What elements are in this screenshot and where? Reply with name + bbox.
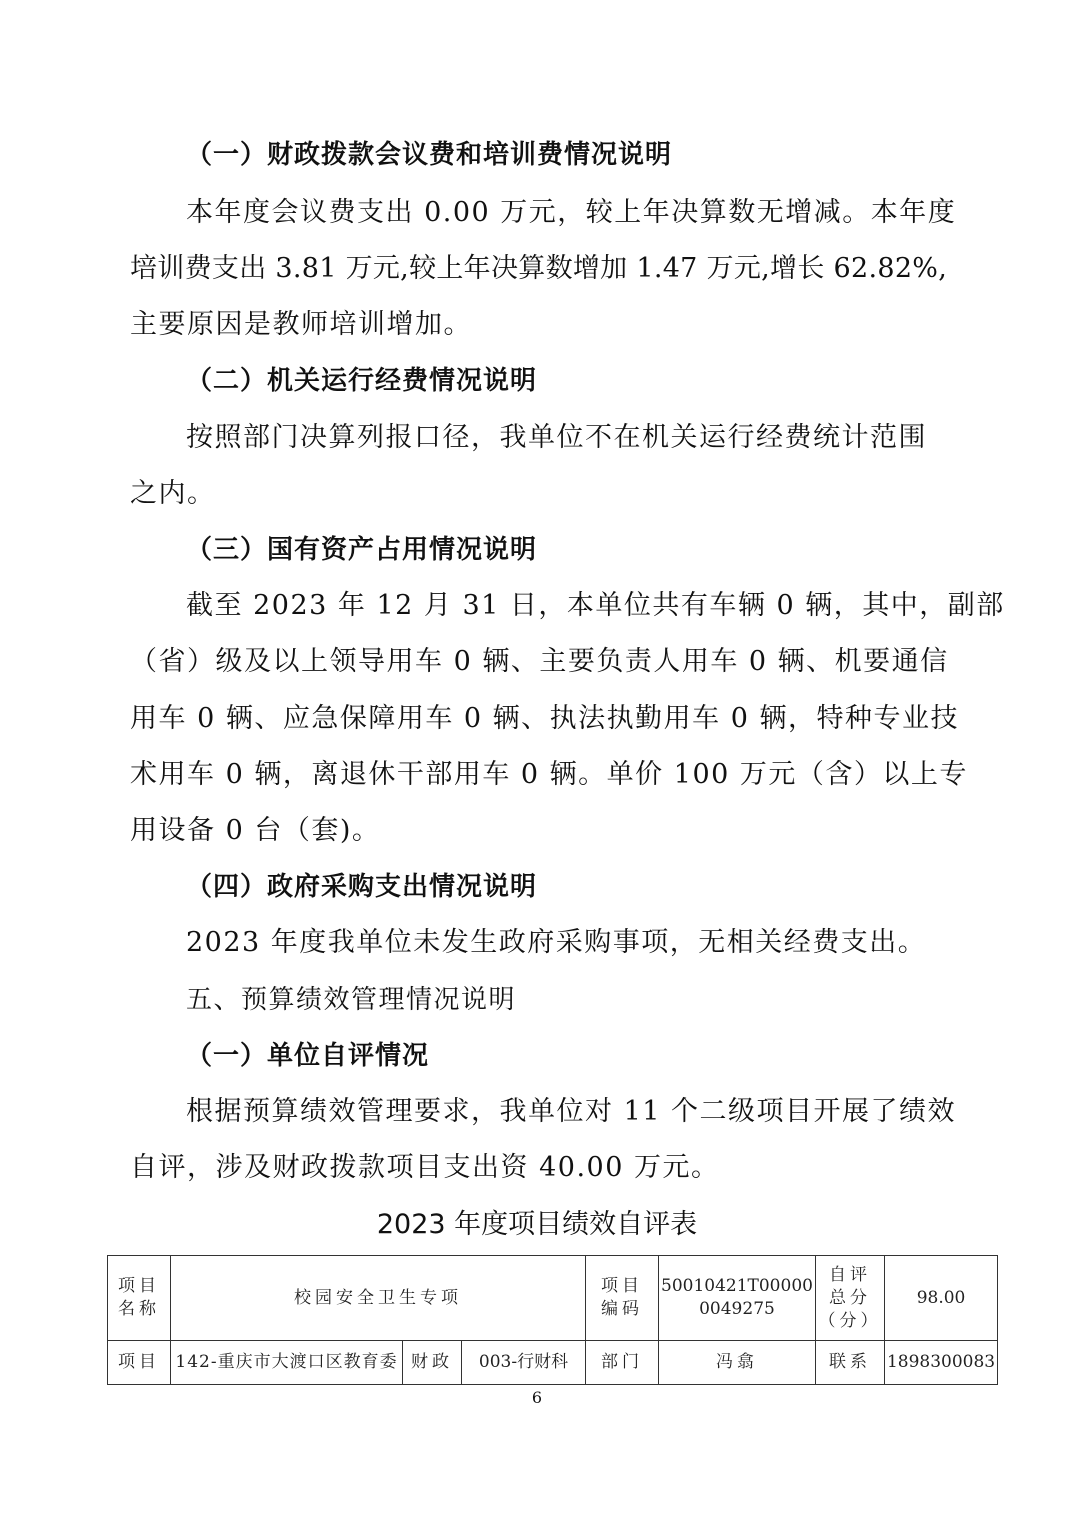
project-name-value: 校园安全卫生专项 bbox=[171, 1256, 586, 1341]
self-score-value: 98.00 bbox=[884, 1256, 997, 1341]
table-title: 2023 年度项目绩效自评表 bbox=[0, 1208, 1074, 1242]
heading-operating-expenses: （二）机关运行经费情况说明 bbox=[186, 366, 537, 396]
paragraph-line: 本年度会议费支出 0.00 万元，较上年决算数无增减。本年度 bbox=[186, 198, 956, 228]
table-row: 项目 名称 校园安全卫生专项 项目 编码 50010421T00000 0049… bbox=[108, 1256, 998, 1341]
heading-budget-performance: 五、预算绩效管理情况说明 bbox=[186, 985, 516, 1015]
paragraph-line: 自评，涉及财政拨款项目支出资 40.00 万元。 bbox=[130, 1153, 719, 1183]
contact-label: 联系 bbox=[815, 1341, 884, 1385]
heading-self-evaluation: （一）单位自评情况 bbox=[186, 1041, 429, 1071]
paragraph-line: 根据预算绩效管理要求，我单位对 11 个二级项目开展了绩效 bbox=[186, 1097, 956, 1127]
paragraph-line: 之内。 bbox=[130, 479, 216, 509]
table-row: 项目 142-重庆市大渡口区教育委 财政 003-行财科 部门 冯翕 联系 18… bbox=[108, 1341, 998, 1385]
project-code-value: 50010421T00000 0049275 bbox=[659, 1256, 816, 1341]
project-label: 项目 bbox=[108, 1341, 171, 1385]
paragraph-line: 主要原因是教师培训增加。 bbox=[130, 310, 472, 340]
self-score-label: 自评 总分 （分） bbox=[815, 1256, 884, 1341]
paragraph-line: 术用车 0 辆，离退休干部用车 0 辆。单价 100 万元（含）以上专 bbox=[130, 760, 968, 790]
finance-section-value: 003-行财科 bbox=[462, 1341, 586, 1385]
paragraph-line: 2023 年度我单位未发生政府采购事项，无相关经费支出。 bbox=[186, 928, 926, 958]
heading-state-assets: （三）国有资产占用情况说明 bbox=[186, 535, 537, 565]
project-name-label: 项目 名称 bbox=[108, 1256, 171, 1341]
heading-government-procurement: （四）政府采购支出情况说明 bbox=[186, 872, 537, 902]
paragraph-line: （省）级及以上领导用车 0 辆、主要负责人用车 0 辆、机要通信 bbox=[130, 647, 949, 677]
contact-phone-value: 1898300083 bbox=[884, 1341, 997, 1385]
department-label: 部门 bbox=[586, 1341, 659, 1385]
finance-label: 财政 bbox=[403, 1341, 462, 1385]
paragraph-line: 培训费支出 3.81 万元,较上年决算数增加 1.47 万元,增长 62.82%… bbox=[130, 254, 947, 284]
paragraph-line: 用设备 0 台（套)。 bbox=[130, 816, 380, 846]
department-value: 142-重庆市大渡口区教育委 bbox=[171, 1341, 403, 1385]
paragraph-line: 截至 2023 年 12 月 31 日，本单位共有车辆 0 辆，其中，副部 bbox=[186, 591, 1005, 621]
performance-table: 项目 名称 校园安全卫生专项 项目 编码 50010421T00000 0049… bbox=[107, 1255, 998, 1385]
paragraph-line: 用车 0 辆、应急保障用车 0 辆、执法执勤用车 0 辆，特种专业技 bbox=[130, 704, 959, 734]
page-number: 6 bbox=[0, 1388, 1074, 1407]
project-code-label: 项目 编码 bbox=[586, 1256, 659, 1341]
contact-person-value: 冯翕 bbox=[659, 1341, 816, 1385]
paragraph-line: 按照部门决算列报口径，我单位不在机关运行经费统计范围 bbox=[186, 423, 927, 453]
heading-meeting-training-fees: （一）财政拨款会议费和培训费情况说明 bbox=[186, 140, 672, 170]
